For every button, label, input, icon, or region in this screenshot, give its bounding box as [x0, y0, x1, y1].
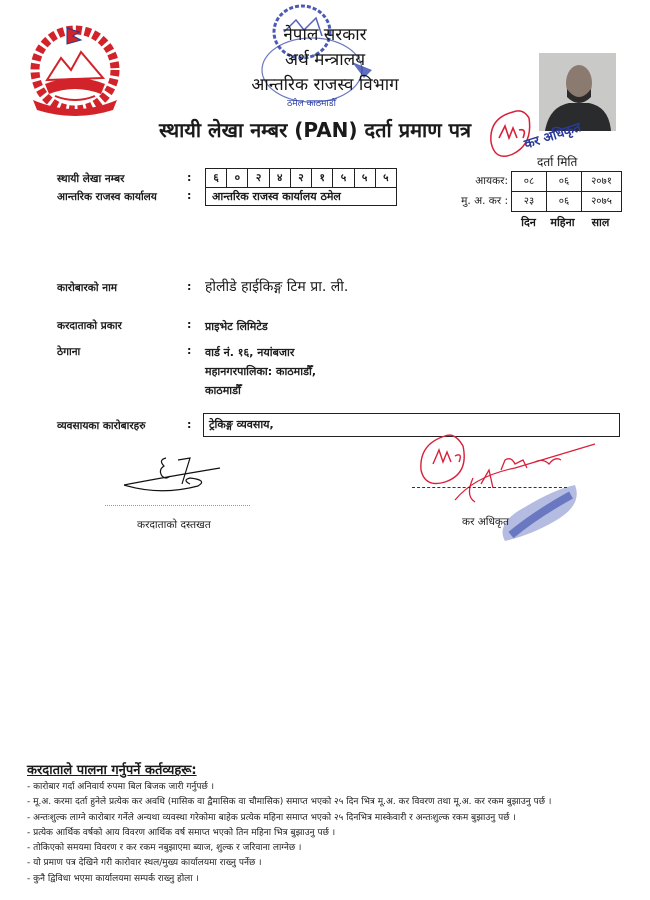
date-month: ०६ [547, 192, 582, 211]
duties-title: करदाताले पालना गर्नुपर्ने कर्तव्यहरू: [27, 760, 197, 778]
date-row-label-vat: मु. अ. कर : [428, 194, 508, 208]
date-row-label-income-tax: आयकर: [428, 174, 508, 188]
duty-item: - यो प्रमाण पत्र देखिने गरी कारोवार स्थल… [27, 856, 551, 871]
pan-digit: ५ [333, 169, 354, 187]
taxpayer-signature-label: करदाताको दस्तखत [137, 518, 211, 532]
business-name-value: होलीडे हाईकिङ्ग टिम प्रा. ली. [205, 277, 348, 296]
svg-text:ठमेल काठमाडौँ: ठमेल काठमाडौँ [287, 97, 338, 109]
duties-list: - कारोबार गर्दा अनिवार्य रुपमा बिल बिजक … [27, 780, 551, 887]
date-row-vat: २३ ०६ २०७५ [512, 191, 621, 211]
registration-date-box: ०८ ०६ २०७१ २३ ०६ २०७५ [511, 171, 622, 212]
business-name-label: कारोबारको नाम [57, 281, 117, 295]
pan-box: ६ ० २ ४ २ १ ५ ५ ५ आन्तरिक राजस्व कार्याल… [205, 168, 397, 206]
duty-item: - कुनै द्विविधा भएमा कार्यालयमा सम्पर्क … [27, 872, 551, 887]
pan-digit: ५ [355, 169, 376, 187]
pan-digit: ५ [376, 169, 396, 187]
pan-digit: १ [312, 169, 333, 187]
pan-digits: ६ ० २ ४ २ १ ५ ५ ५ [206, 169, 396, 188]
pan-label: स्थायी लेखा नम्बर [57, 172, 124, 186]
taxpayer-type-value: प्राइभेट लिमिटेड [205, 319, 268, 334]
date-month: ०६ [547, 172, 582, 191]
officer-blue-stamp [475, 465, 585, 545]
pan-digit: ४ [270, 169, 291, 187]
taxpayer-type-label: करदाताको प्रकार [57, 319, 122, 333]
government-name: नेपाल सरकार [0, 22, 650, 45]
duty-item: - प्रत्येक आर्थिक वर्षको आय विवरण आर्थिक… [27, 826, 551, 841]
date-year: २०७१ [582, 172, 621, 191]
business-name-colon: : [187, 280, 191, 293]
pan-colon: : [187, 171, 191, 184]
address-line-1: वार्ड नं. १६, नयांबजार [205, 345, 294, 360]
date-day: ०८ [512, 172, 547, 191]
officer-signature-label: कर अधिकृत [462, 515, 509, 529]
pan-digit: ० [227, 169, 248, 187]
business-activities-label: व्यवसायका कारोबारहरु [57, 419, 146, 433]
office-colon: : [187, 189, 191, 202]
address-line-3: काठमाडौँ [205, 383, 241, 398]
address-colon: : [187, 344, 191, 357]
duty-item: - तोकिएको समयमा विवरण र कर रकम नबुझाएमा … [27, 841, 551, 856]
business-activities-colon: : [187, 418, 191, 431]
date-day: २३ [512, 192, 547, 211]
taxpayer-signature-line [105, 505, 250, 506]
address-line-2: महानगरपालिका: काठमाडौँ, [205, 364, 316, 379]
date-year: २०७५ [582, 192, 621, 211]
duty-item: - कारोबार गर्दा अनिवार्य रुपमा बिल बिजक … [27, 780, 551, 795]
duty-item: - अन्तःशुल्क लाग्ने कारोबार गर्नेले अन्य… [27, 811, 551, 826]
office-label: आन्तरिक राजस्व कार्यालय [57, 190, 157, 204]
duty-item: - मू.अ. करमा दर्ता हुनेले प्रत्येक कर अव… [27, 795, 551, 810]
taxpayer-signature [120, 450, 230, 495]
registration-date-heading: दर्ता मिति [537, 153, 577, 170]
date-row-income-tax: ०८ ०६ २०७१ [512, 172, 621, 191]
pan-digit: २ [248, 169, 269, 187]
address-label: ठेगाना [57, 345, 80, 359]
pan-digit: ६ [206, 169, 227, 187]
date-column-year: साल [582, 215, 619, 230]
date-column-day: दिन [510, 215, 547, 230]
office-value: आन्तरिक राजस्व कार्यालय ठमेल [206, 188, 396, 206]
taxpayer-type-colon: : [187, 318, 191, 331]
pan-digit: २ [291, 169, 312, 187]
date-column-month: महिना [544, 215, 581, 230]
